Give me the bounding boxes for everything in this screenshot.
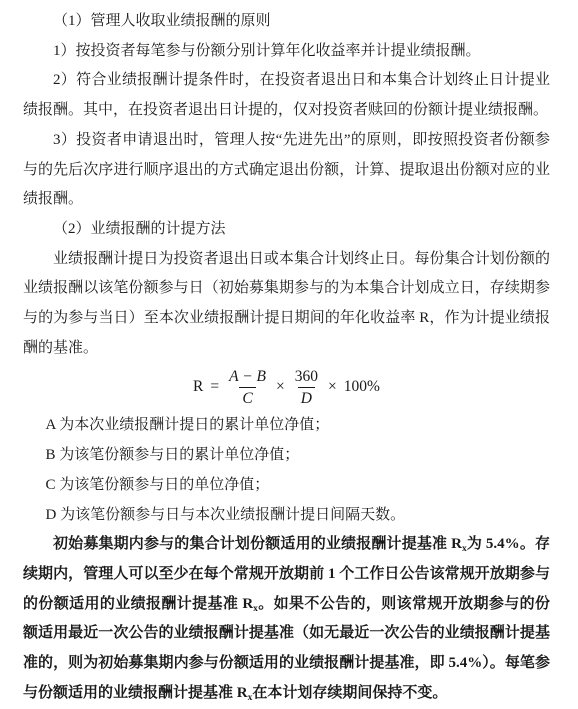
document-page: （1）管理人收取业绩报酬的原则 1）按投资者每笔参与份额分别计算年化收益率并计提…: [0, 0, 578, 709]
formula-multiplier: 100%: [344, 378, 380, 396]
formula-fraction-2-denominator: D: [298, 387, 315, 407]
formula-times-sign-1: ×: [276, 378, 285, 396]
section-2-heading: （2）业绩报酬的计提方法: [23, 215, 550, 245]
section-1-heading: （1）管理人收取业绩报酬的原则: [23, 7, 550, 37]
formula-lhs: R: [193, 378, 203, 396]
paragraph-benchmark: 初始募集期内参与的集合计划份额适用的业绩报酬计提基准 Rx为 5.4%。存续期内…: [23, 530, 550, 708]
definition-b: B 为该笔份额参与日的累计单位净值；: [23, 441, 550, 471]
definition-a: A 为本次业绩报酬计提日的累计单位净值；: [23, 411, 550, 441]
formula-fraction-1-numerator: A − B: [226, 368, 269, 387]
benchmark-text-segment-4: 在本计划存续期间保持不变。: [252, 685, 447, 701]
annualized-return-formula: R = A − B C × 360 D × 100%: [23, 363, 550, 411]
definition-c: C 为该笔份额参与日的单位净值；: [23, 471, 550, 501]
paragraph-principle-3: 3）投资者申请退出时，管理人按“先进先出”的原则，即按照投资者份额参与的先后次序…: [23, 126, 550, 215]
formula-fraction-2: 360 D: [292, 368, 321, 407]
definition-d: D 为该笔份额参与日与本次业绩报酬计提日间隔天数。: [23, 501, 550, 531]
formula-fraction-2-numerator: 360: [292, 368, 321, 387]
formula-times-sign-2: ×: [328, 378, 337, 396]
benchmark-text-segment-1: 初始募集期内参与的集合计划份额适用的业绩报酬计提基准 R: [53, 536, 462, 552]
paragraph-principle-2: 2）符合业绩报酬计提条件时，在投资者退出日和本集合计划终止日计提业绩报酬。其中，…: [23, 66, 550, 125]
paragraph-method-intro: 业绩报酬计提日为投资者退出日或本集合计划终止日。每份集合计划份额的业绩报酬以该笔…: [23, 245, 550, 364]
formula-equals-sign: =: [210, 378, 219, 396]
formula-fraction-1: A − B C: [226, 368, 269, 407]
paragraph-principle-1: 1）按投资者每笔参与份额分别计算年化收益率并计提业绩报酬。: [23, 37, 550, 67]
formula-fraction-1-denominator: C: [239, 387, 255, 407]
